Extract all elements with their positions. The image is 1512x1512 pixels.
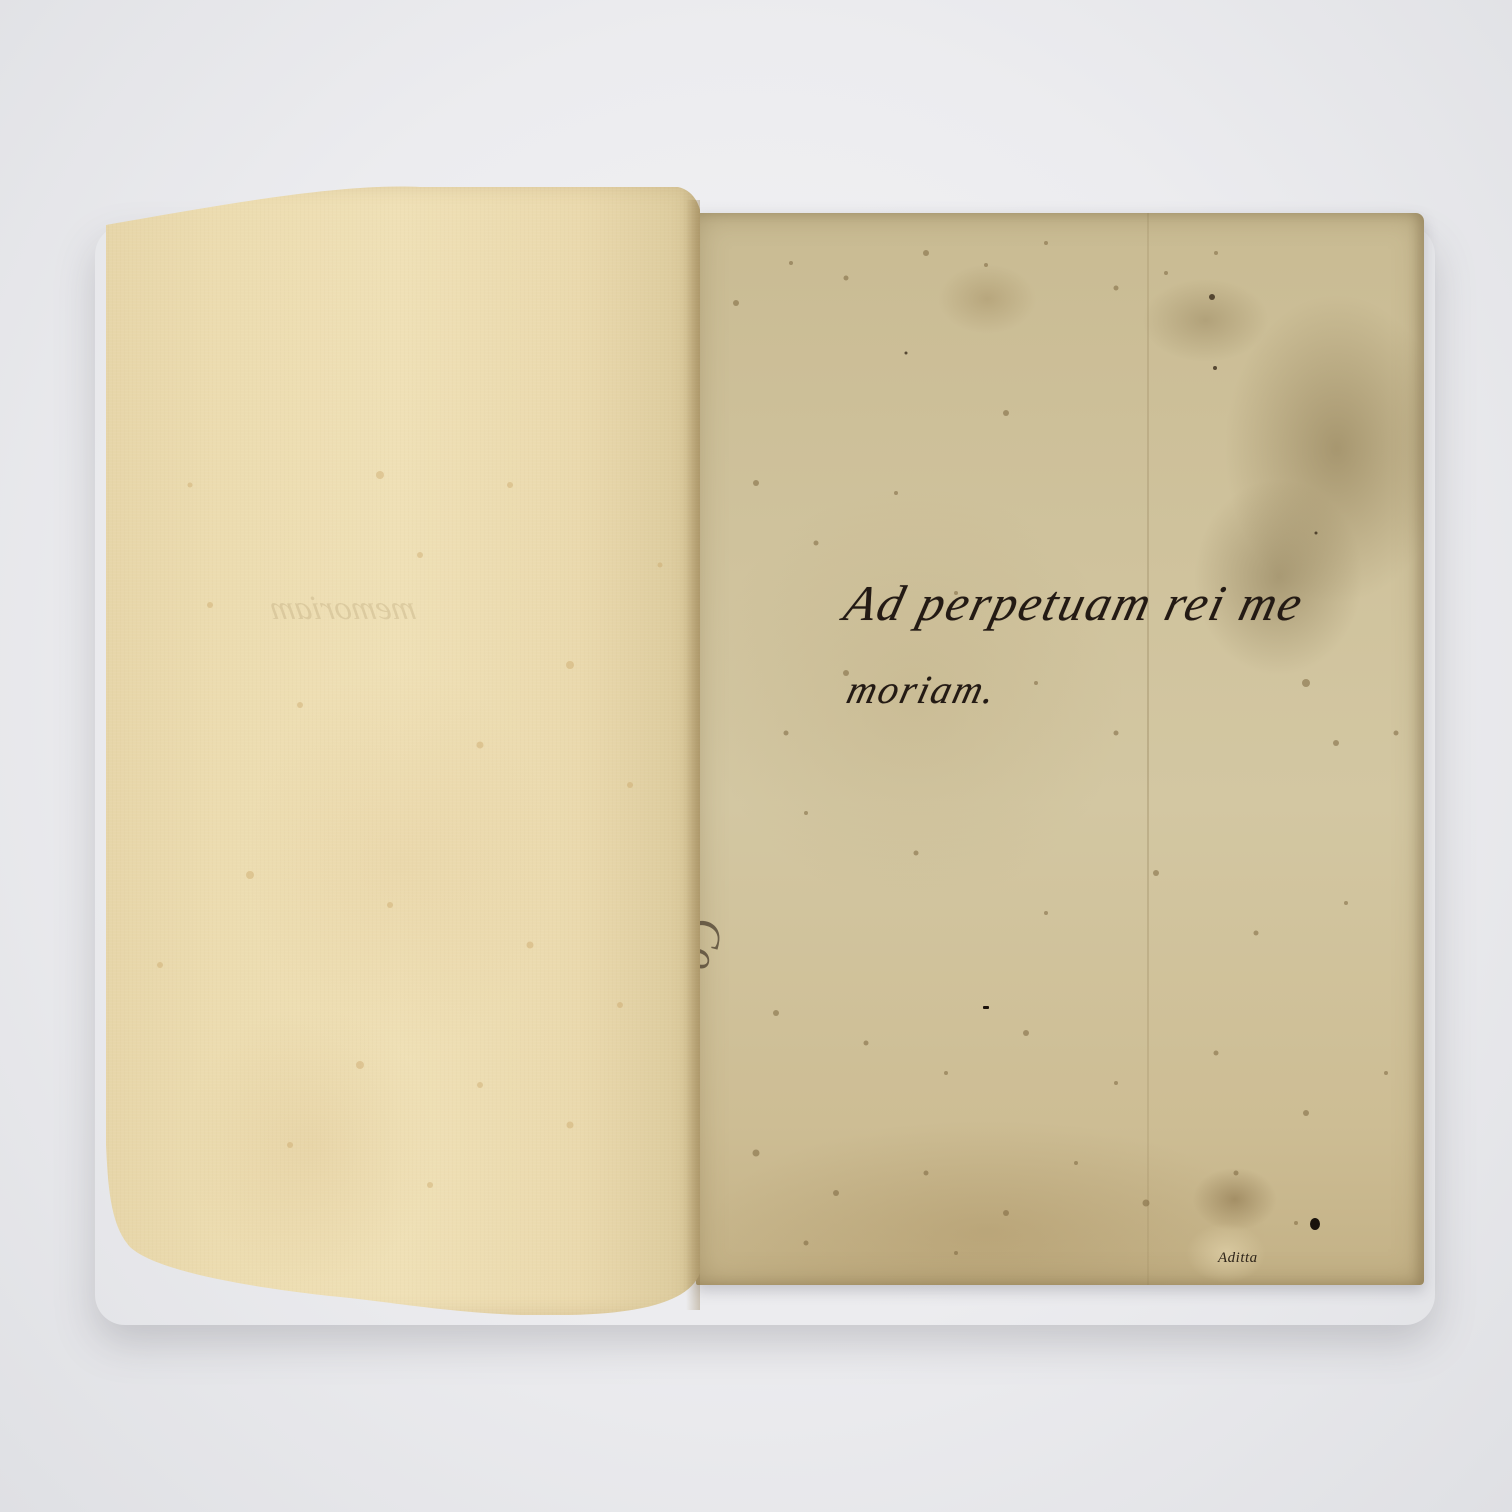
stray-ink-mark <box>983 1006 989 1009</box>
right-page: Ad perpetuam rei me moriam. Co Aditta <box>696 213 1424 1285</box>
footer-inscription: Aditta <box>1218 1250 1258 1267</box>
left-page-foxing <box>100 185 700 1315</box>
photo-scene: Ad perpetuam rei me moriam. Co Aditta me… <box>0 0 1512 1512</box>
ink-blot <box>1310 1218 1320 1230</box>
page-fold-line <box>1147 213 1149 1285</box>
title-line-1: Ad perpetuam rei me <box>840 578 1309 628</box>
title-line-2: moriam. <box>843 670 1001 710</box>
left-page: memoriam <box>100 185 700 1315</box>
foxing-spots <box>696 213 1424 1285</box>
